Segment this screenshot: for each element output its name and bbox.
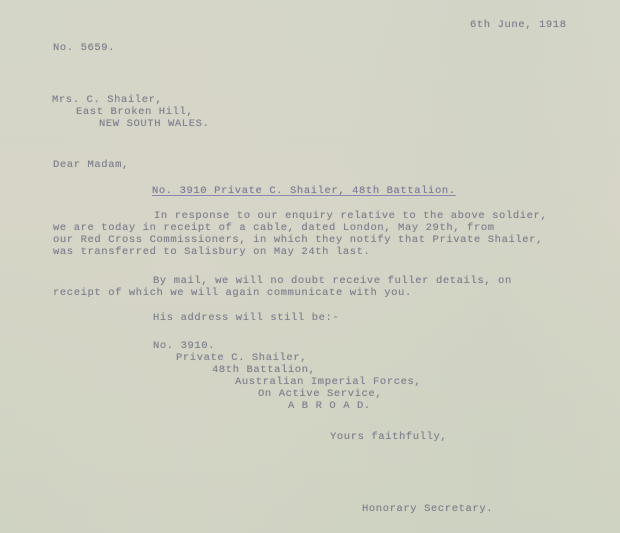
- paragraph-line: receipt of which we will again communica…: [53, 287, 412, 299]
- closing: Yours faithfully,: [330, 431, 447, 443]
- soldier-service: On Active Service,: [258, 388, 382, 400]
- salutation: Dear Madam,: [53, 159, 129, 171]
- recipient-locality: East Broken Hill,: [76, 106, 193, 118]
- soldier-number: No. 3910.: [153, 340, 215, 352]
- paragraph-line: was transferred to Salisbury on May 24th…: [53, 246, 370, 258]
- address-intro: His address will still be:-: [153, 312, 339, 324]
- recipient-state: NEW SOUTH WALES.: [99, 118, 209, 130]
- letter-page: 6th June, 1918 No. 5659. Mrs. C. Shailer…: [0, 0, 620, 533]
- soldier-name: Private C. Shailer,: [176, 352, 307, 364]
- subject-line: No. 3910 Private C. Shailer, 48th Battal…: [152, 185, 456, 197]
- paragraph-line: we are today in receipt of a cable, date…: [53, 222, 495, 234]
- soldier-unit: 48th Battalion,: [212, 364, 316, 376]
- paragraph-line: By mail, we will no doubt receive fuller…: [153, 275, 512, 287]
- soldier-force: Australian Imperial Forces,: [235, 376, 421, 388]
- recipient-name: Mrs. C. Shailer,: [52, 94, 162, 106]
- signatory-title: Honorary Secretary.: [362, 503, 493, 515]
- soldier-location: A B R O A D.: [288, 400, 371, 412]
- letter-date: 6th June, 1918: [470, 19, 567, 31]
- reference-number: No. 5659.: [53, 42, 115, 54]
- paragraph-line: our Red Cross Commissioners, in which th…: [53, 234, 543, 246]
- paragraph-line: In response to our enquiry relative to t…: [154, 210, 547, 222]
